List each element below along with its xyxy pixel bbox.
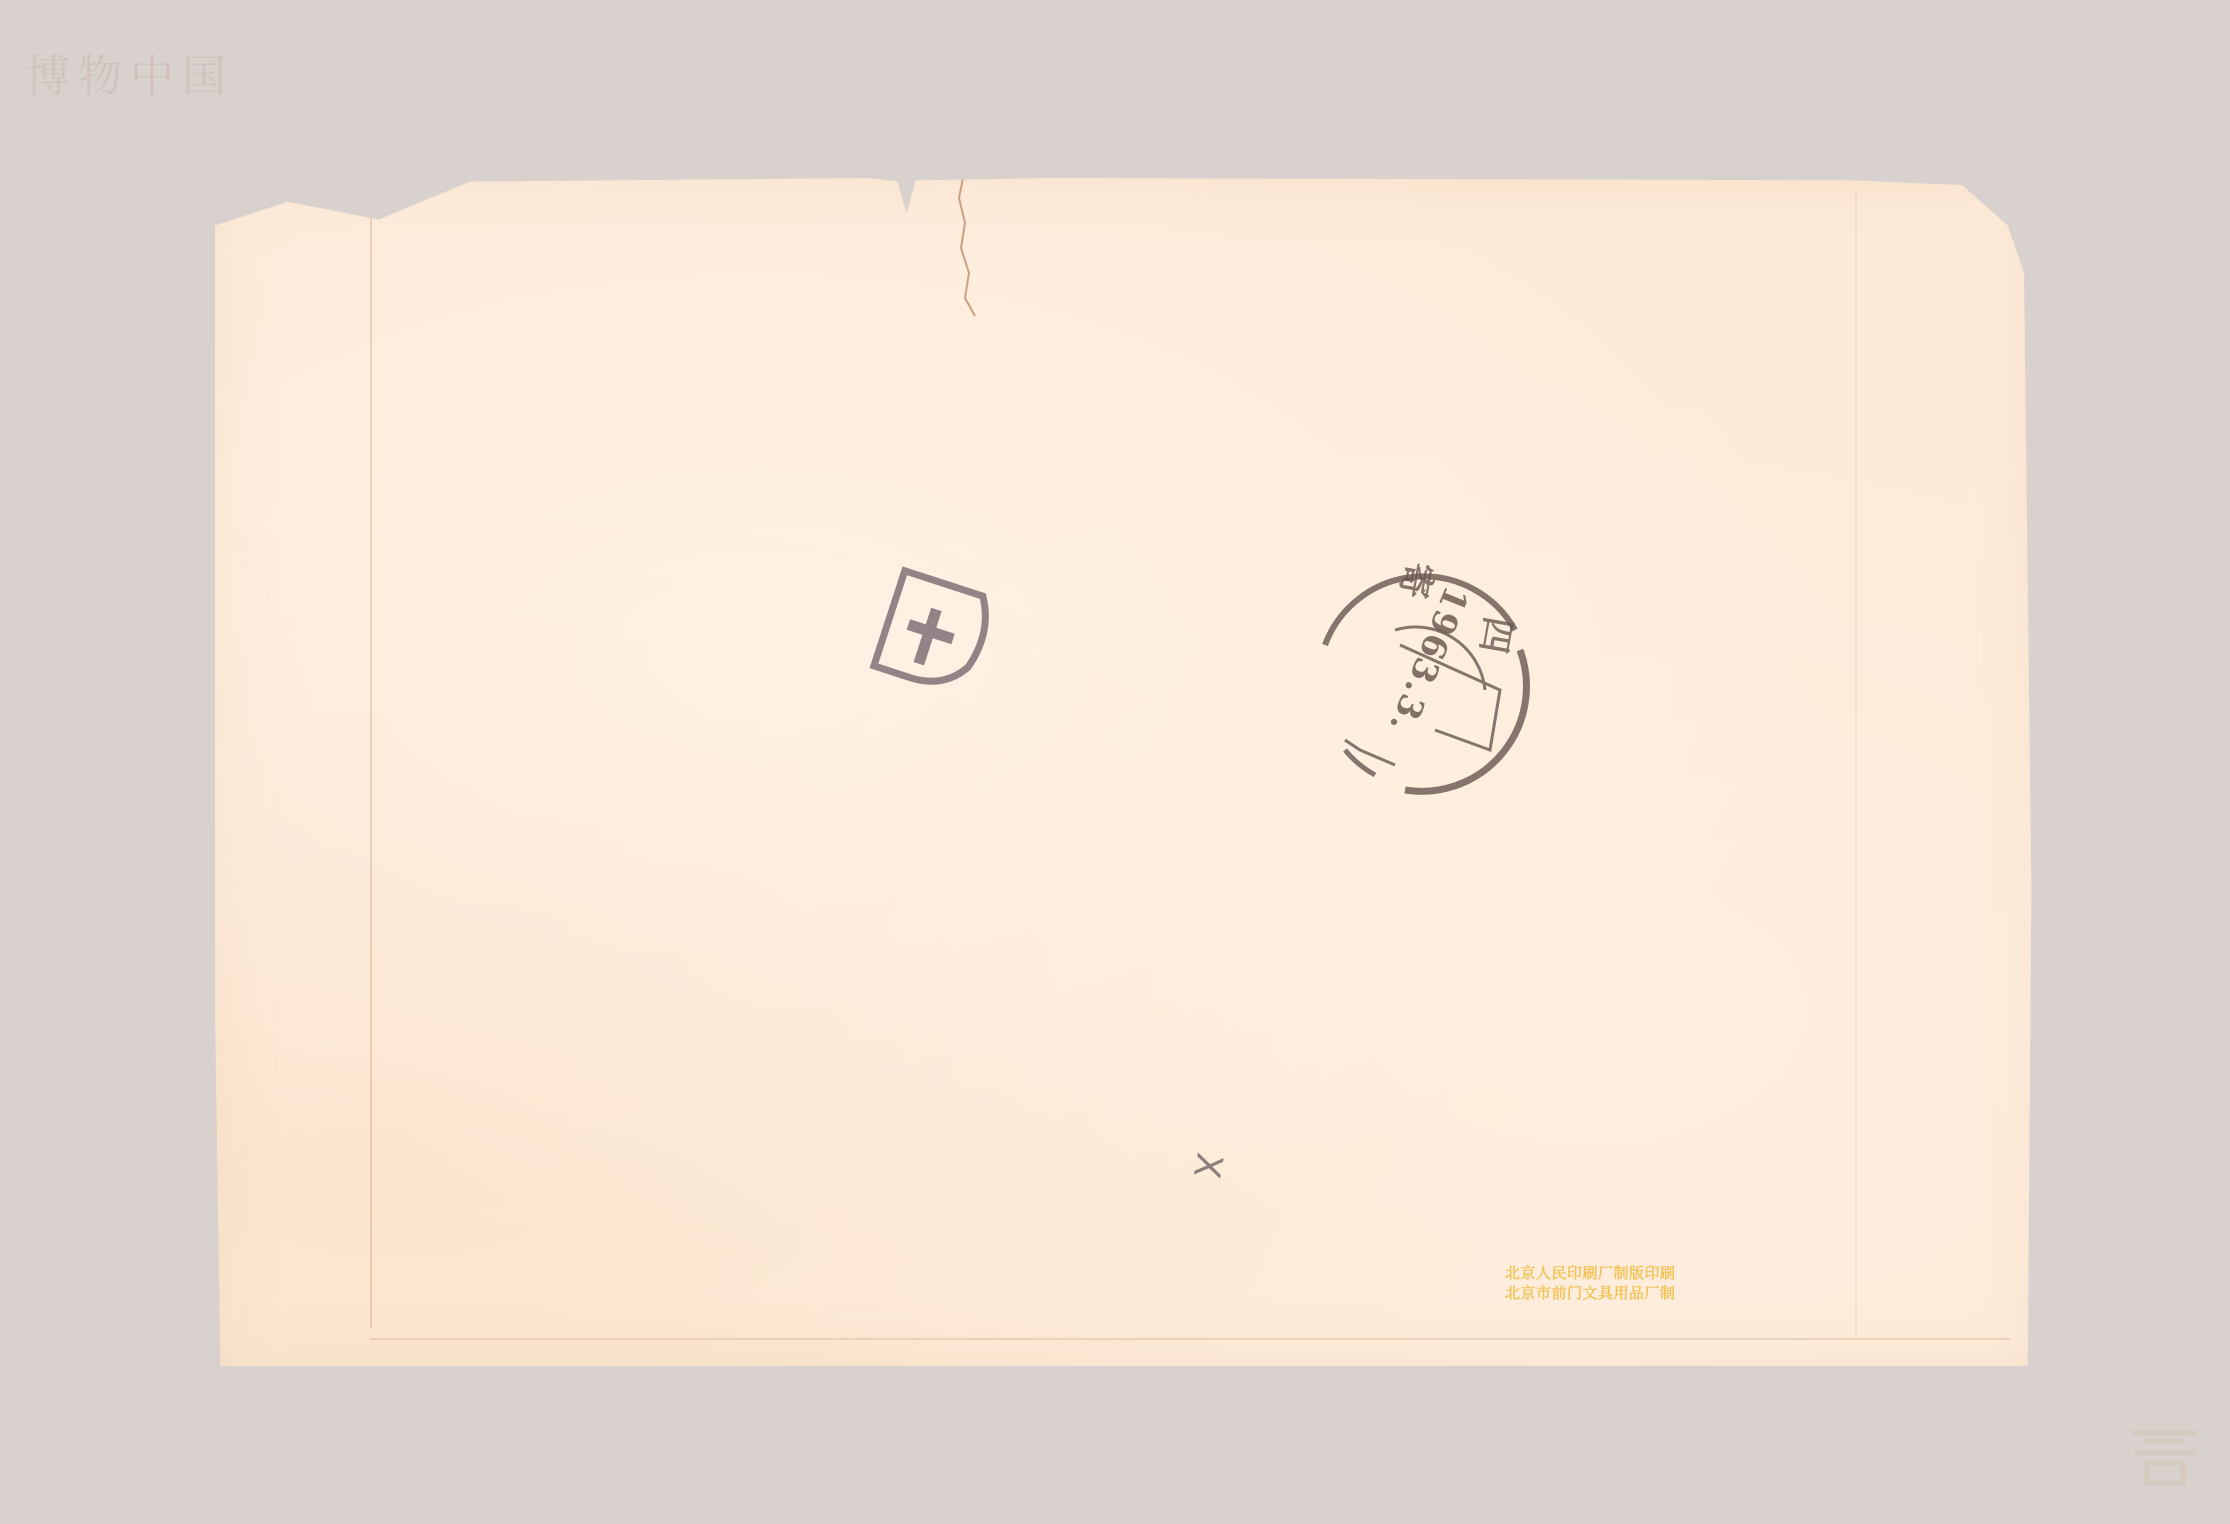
printer-imprint: 北京人民印刷厂制版印刷 北京市前门文具用品厂制	[1505, 1263, 1676, 1303]
paper-texture	[215, 178, 2035, 1366]
flap-fold-left	[370, 208, 372, 1328]
watermark: 博物中国	[26, 40, 234, 104]
imprint-line-2: 北京市前门文具用品厂制	[1505, 1283, 1676, 1303]
envelope	[215, 178, 2035, 1366]
imprint-line-1: 北京人民印刷厂制版印刷	[1505, 1263, 1676, 1283]
tear-icon	[945, 178, 985, 318]
square-stamp-icon	[860, 555, 1010, 705]
flap-fold-bottom	[370, 1338, 2010, 1340]
museum-logo-icon	[2125, 1423, 2205, 1493]
flap-fold-right	[1855, 188, 1857, 1338]
